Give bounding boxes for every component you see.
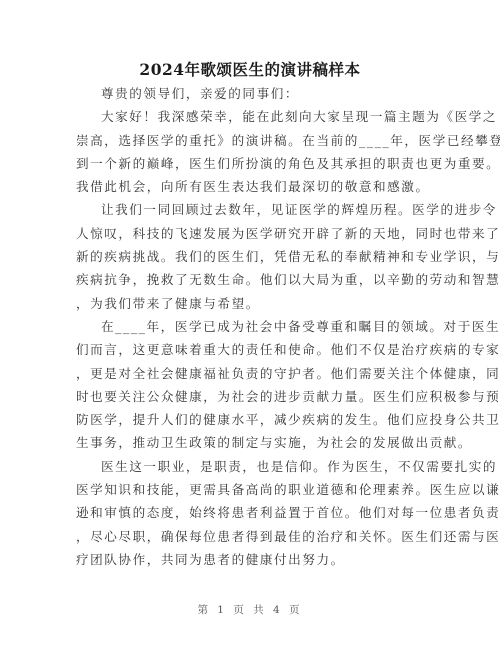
paragraph-line: ，为我们带来了健康与希望。 [76,292,418,315]
paragraph-line: 医生这一职业，是职责，也是信仰。作为医生，不仅需要扎实的 [76,455,418,478]
document-page: 2024年歌颂医生的演讲稿样本 尊贵的领导们，亲爱的同事们： 大家好！我深感荣幸… [0,0,500,647]
paragraph-line: 让我们一同回顾过去数年，见证医学的辉煌历程。医学的进步令 [76,198,418,221]
paragraph-line: 到一个新的巅峰，医生们所扮演的角色及其承担的职责也更为重要。 [76,152,418,175]
paragraph-line: 疾病抗争，挽救了无数生命。他们以大局为重，以辛勤的劳动和智慧 [76,268,418,291]
paragraph-line: 在____年，医学已成为社会中备受尊重和瞩目的领域。对于医生 [76,315,418,338]
paragraph-line: 疗团队协作，共同为患者的健康付出努力。 [76,548,418,571]
paragraph-line: 我借此机会，向所有医生表达我们最深切的敬意和感激。 [76,175,418,198]
paragraph-line: 医学知识和技能，更需具备高尚的职业道德和伦理素养。医生应以谦 [76,478,418,501]
paragraph-line: 生事务，推动卫生政策的制定与实施，为社会的发展做出贡献。 [76,431,418,454]
page-number-footer: 第 1 页 共 4 页 [0,602,500,617]
paragraph-line: 们而言，这更意味着重大的责任和使命。他们不仅是治疗疾病的专家 [76,338,418,361]
salutation-line: 尊贵的领导们，亲爱的同事们： [76,82,418,105]
paragraph-line: 崇高，选择医学的重托》的演讲稿。在当前的____年，医学已经攀登 [76,129,418,152]
document-title: 2024年歌颂医生的演讲稿样本 [0,58,500,80]
paragraph-line: 时也要关注公众健康，为社会的进步贡献力量。医生们应积极参与预 [76,385,418,408]
paragraph-line: 新的疾病挑战。我们的医生们，凭借无私的奉献精神和专业学识，与 [76,245,418,268]
paragraph-line: 防医学，提升人们的健康水平，减少疾病的发生。他们应投身公共卫 [76,408,418,431]
paragraph-line: ，更是对全社会健康福祉负责的守护者。他们需要关注个体健康，同 [76,362,418,385]
paragraph-line: ，尽心尽职，确保每位患者得到最佳的治疗和关怀。医生们还需与医 [76,525,418,548]
paragraph-line: 大家好！我深感荣幸，能在此刻向大家呈现一篇主题为《医学之 [76,105,418,128]
paragraph-line: 人惊叹，科技的飞速发展为医学研究开辟了新的天地，同时也带来了 [76,222,418,245]
paragraph-line: 逊和审慎的态度，始终将患者利益置于首位。他们对每一位患者负责 [76,501,418,524]
document-body: 尊贵的领导们，亲爱的同事们： 大家好！我深感荣幸，能在此刻向大家呈现一篇主题为《… [76,82,418,571]
